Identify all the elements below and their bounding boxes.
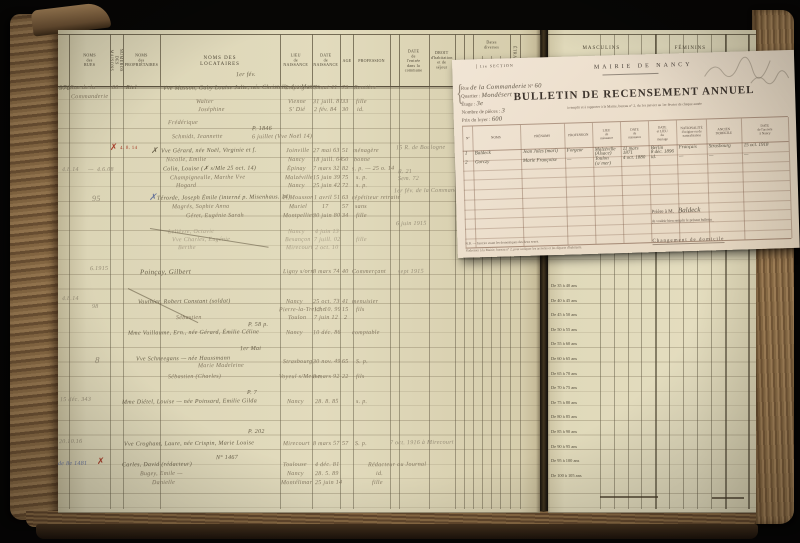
header-label-entree: DATE de l'entrée dans la commune — [405, 49, 423, 73]
age-band-label: De 55 à 60 ans — [551, 342, 601, 346]
age-band-label: De 60 à 65 ans — [551, 357, 601, 361]
header-col-age: AGE — [340, 35, 354, 86]
bulletin-header-col-5: DATE de naissance — [620, 121, 649, 146]
header-label-locataires: NOMS DES LOCATAIRES — [183, 55, 257, 67]
header-label-lieu: LIEU de NAISSANCE — [284, 53, 309, 67]
priere-label: Prière à M. — [652, 209, 674, 215]
changement-domicile-stamp: Changement de domicile — [652, 237, 724, 245]
bulletin-priere-block: Prière à M. Baldeck de vouloir bien remp… — [651, 196, 790, 247]
bulletin-header-label: DATE de naissance — [628, 128, 641, 140]
bulletin-cell-handwritten: 2 — [465, 162, 472, 167]
bulletin-cell-handwritten: Français — [679, 145, 706, 151]
column-line — [160, 34, 161, 509]
priere-line2: de vouloir bien remplir le présent bulle… — [652, 217, 714, 223]
field-value-handwritten: 600 — [492, 116, 503, 123]
bulletin-header-col-1: NOMS — [472, 125, 521, 150]
column-line — [110, 34, 111, 509]
header-label-rues: NOMS des RUES — [83, 53, 96, 67]
age-band-label: De 65 à 70 ans — [551, 371, 601, 375]
bulletin-cell-handwritten: — — [709, 154, 741, 160]
header-label-feminins: FÉMININS — [674, 45, 705, 51]
age-band-label: De 50 à 55 ans — [551, 328, 601, 332]
bulletin-header-col-8: ANCIEN DOMICILE — [706, 118, 742, 143]
bulletin-header-col-3: PROFESSION — [564, 123, 593, 148]
column-line — [280, 34, 281, 509]
age-band-label: De 100 à 105 ans — [551, 474, 601, 478]
bulletin-header-col-7: NATIONALITÉ d'origine ou de naturalisati… — [676, 119, 707, 144]
header-col-lieu: LIEU de NAISSANCE — [280, 35, 313, 86]
age-band-label: De 85 à 90 ans — [551, 430, 601, 434]
age-band-label: De 70 à 75 ans — [551, 386, 601, 390]
bulletin-header-label: PRÉNOMS — [534, 134, 550, 138]
field-suffix-label: N° — [526, 85, 534, 90]
book-page-edges-left — [10, 14, 60, 520]
bulletin-cell-handwritten: Forgeur — [567, 148, 592, 154]
bulletin-header-label: NATIONALITÉ d'origine ou de naturalisati… — [680, 126, 703, 138]
bulletin-header-col-6: DATE et LIEU du mariage — [648, 120, 677, 145]
bulletin-cell-handwritten: — — [679, 155, 706, 161]
bulletin-header-label: LIEU de naissance — [600, 128, 613, 140]
header-label-profession: PROFESSION — [358, 58, 385, 63]
age-band-label: De 45 à 50 ans — [551, 313, 601, 317]
header-col-proprietaires: NOMS des PROPRIÉTAIRES — [123, 35, 161, 86]
bulletin-cell-handwritten: Strasbourg — [709, 144, 741, 150]
column-line — [353, 34, 354, 509]
age-band-label: De 80 à 85 ans — [551, 415, 601, 419]
bulletin-cell-handwritten: — — [567, 158, 592, 164]
header-col-profession: PROFESSION — [353, 35, 391, 86]
bulletin-subtitle: à remplir et à rapporter à la Mairie, bu… — [562, 101, 707, 109]
header-label-proprietaires: NOMS des PROPRIÉTAIRES — [125, 53, 158, 67]
column-line — [123, 34, 124, 509]
column-line — [429, 34, 430, 509]
header-label-maisons: NUMÉROS DES MAISONS — [110, 48, 124, 74]
bulletin-header-label: NOMS — [491, 136, 501, 140]
bulletin-header-label: DATE et LIEU du mariage — [656, 125, 668, 141]
bulletin-header-col-4: LIEU de naissance — [592, 122, 621, 147]
column-line — [340, 34, 341, 509]
header-label-diverses: Dates diverses — [482, 40, 501, 50]
age-band-label: De 35 à 40 ans — [551, 284, 601, 288]
field-suffix-value: 60 — [535, 82, 542, 89]
priere-name-handwritten: Baldeck — [678, 206, 701, 215]
bulletin-form: 1re SECTION MAIRIE DE NANCY BULLETIN DE … — [452, 50, 800, 258]
age-band-label: De 75 à 80 ans — [551, 401, 601, 405]
age-band-label: De 40 à 45 ans — [551, 298, 601, 302]
column-line — [399, 34, 400, 509]
age-band-label: De 95 à 100 ans — [551, 459, 601, 463]
bulletin-header-col-9: DATE de l'arrivée à Nancy — [741, 117, 789, 142]
bulletin-cell-handwritten: Toulon (s/ mer) — [595, 157, 620, 167]
header-label-age: AGE — [342, 58, 351, 63]
header-col-date_naissance: DATE de NAISSANCE — [312, 35, 341, 86]
book-cover-bottom — [36, 524, 758, 539]
column-line — [390, 34, 391, 509]
pencil-total-line — [600, 496, 658, 498]
bulletin-fields: Rue de la Commanderie N° 60Quartier : Mo… — [461, 73, 601, 77]
pencil-total-line — [712, 497, 744, 499]
header-col-maisons: NUMÉROS DES MAISONS — [110, 35, 124, 86]
header-label-date_naissance: DATE de NAISSANCE — [314, 53, 339, 67]
field-label: Prix du loyer : — [462, 118, 492, 124]
bulletin-header-label: DATE de l'arrivée à Nancy — [757, 124, 772, 136]
field-value-handwritten: Mondésert — [482, 91, 513, 99]
header-col-entree: DATE de l'entrée dans la commune — [399, 35, 430, 86]
header-col-rues: NOMS des RUES — [69, 35, 111, 86]
bulletin-cell-handwritten: id. — [651, 156, 676, 162]
header-col-locataires: NOMS DES LOCATAIRES — [160, 35, 281, 86]
bulletin-cell-handwritten: 1 — [465, 152, 472, 157]
bulletin-header-label: PROFESSION — [568, 133, 588, 137]
bulletin-section-label: 1re SECTION — [476, 63, 514, 69]
bulletin-header-label: N° — [465, 137, 469, 141]
bulletin-rule — [602, 73, 658, 76]
bulletin-header-label: ANCIEN DOMICILE — [715, 127, 732, 135]
column-line — [312, 34, 313, 509]
ledger-photo-scene: NOMS des RUESNUMÉROS DES MAISONSNOMS des… — [0, 0, 800, 543]
pencil-scribble — [748, 68, 793, 89]
bulletin-header-col-2: PRÉNOMS — [520, 124, 565, 149]
age-band-label: De 90 à 95 ans — [551, 444, 601, 448]
column-line — [69, 34, 70, 509]
bulletin-cell-handwritten: 4 oct. 1880 — [623, 156, 648, 162]
header-label-droit: DROIT d'habitation et de séjour — [431, 51, 453, 70]
